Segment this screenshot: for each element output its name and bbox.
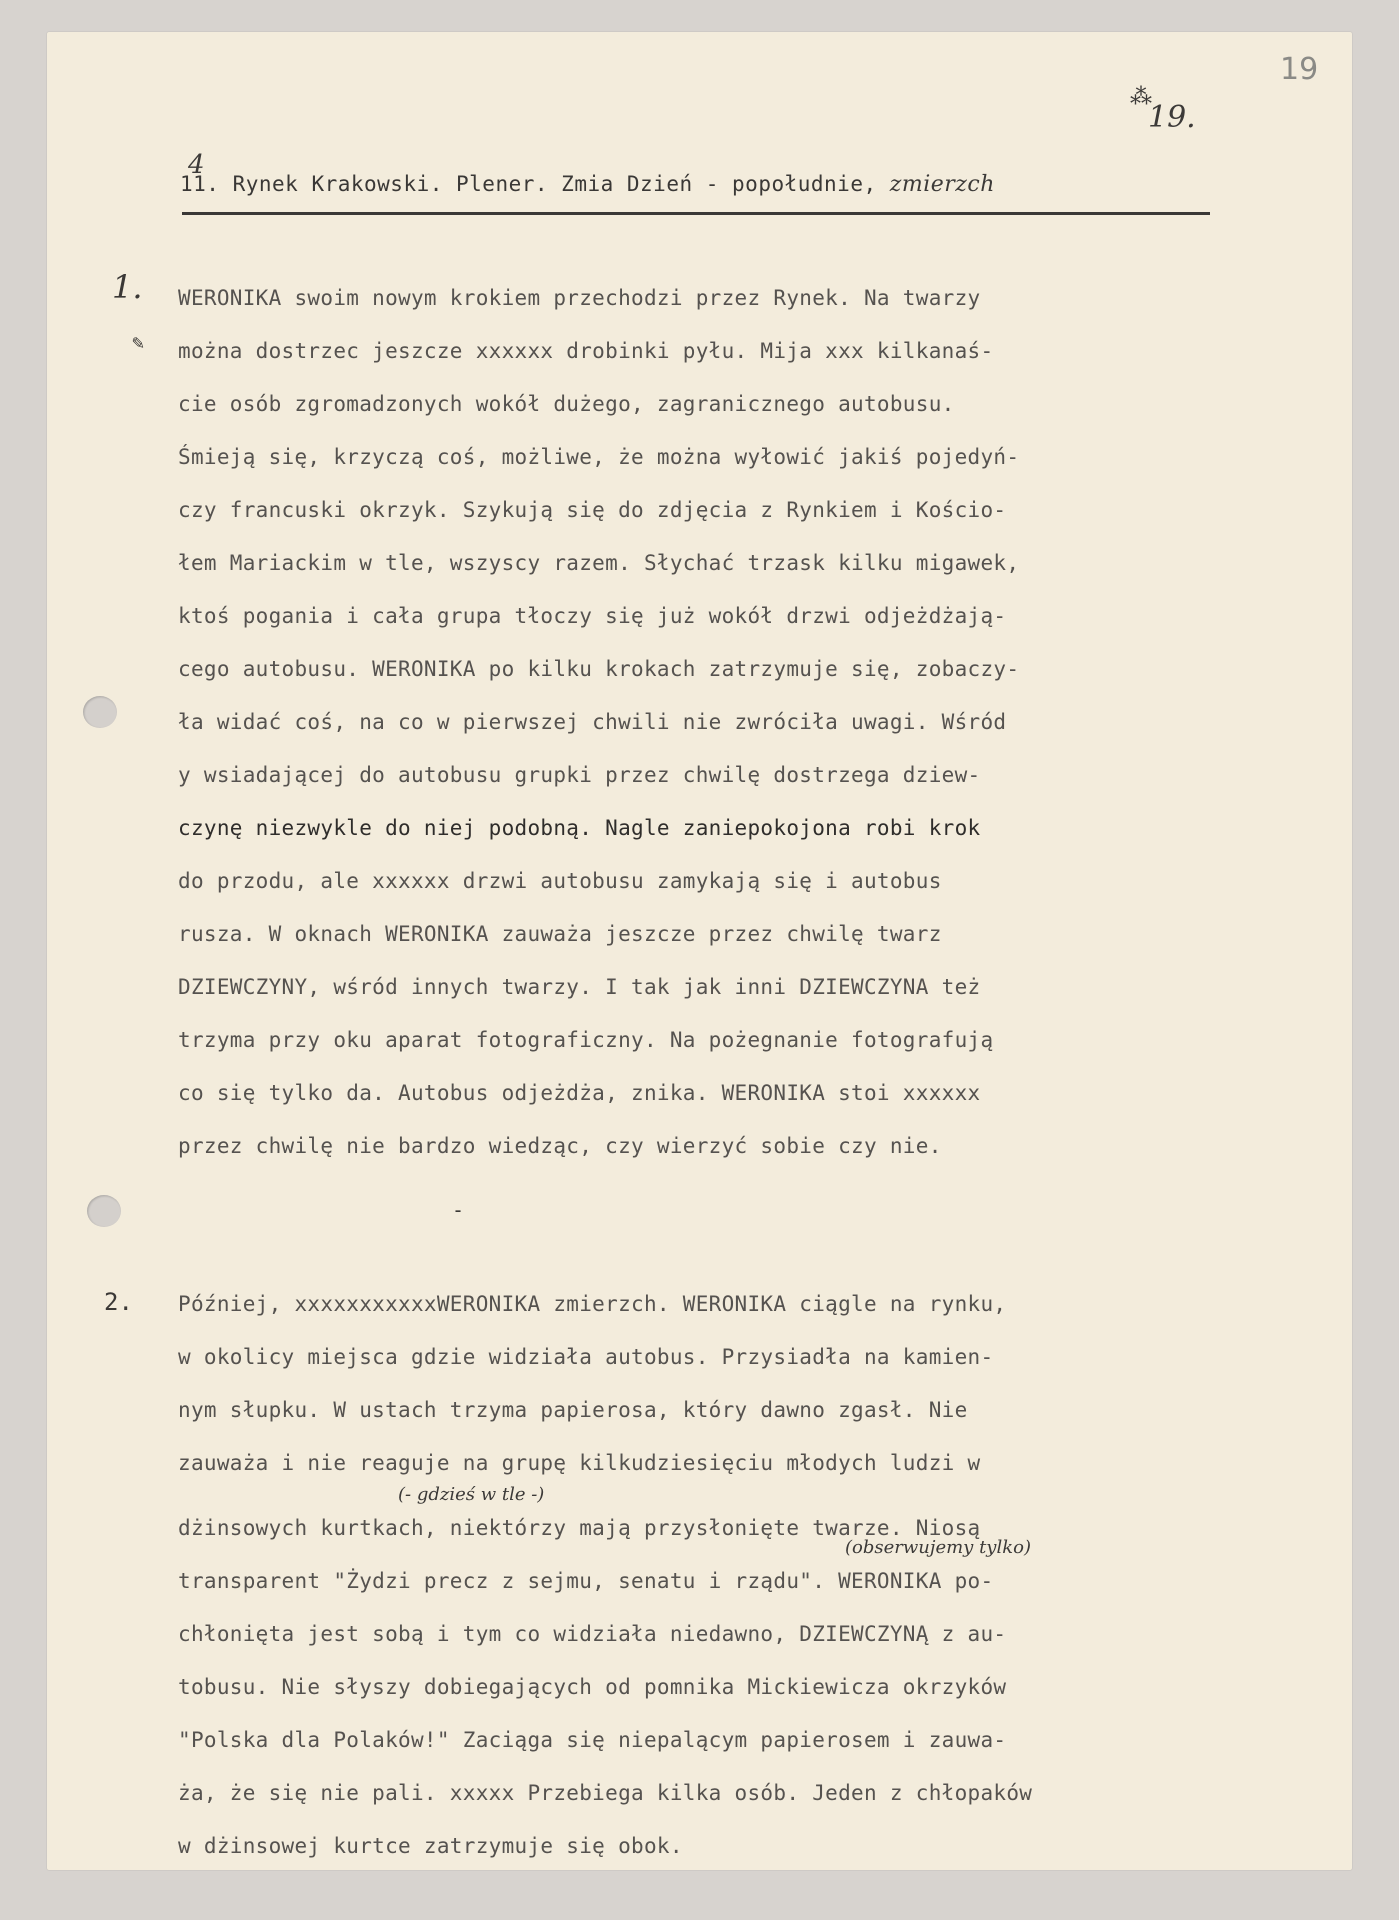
- p1-line-11: czynę niezwykle do niej podobną. Nagle z…: [178, 816, 980, 840]
- p1-line-8: cego autobusu. WERONIKA po kilku krokach…: [178, 657, 1019, 681]
- p2-line-10: ża, że się nie pali. xxxxx Przebiega kil…: [178, 1781, 1032, 1805]
- punch-hole-bottom: [87, 1195, 121, 1227]
- p2-line-11: w dżinsowej kurtce zatrzymuje się obok.: [178, 1834, 683, 1858]
- p1-line-2: można dostrzec jeszcze xxxxxx drobinki p…: [178, 339, 993, 363]
- scene-heading: 11. Rynek Krakowski. Plener. Zmia Dzień …: [180, 172, 995, 197]
- heading-underline: [182, 212, 1210, 215]
- p1-line-4: Śmieją się, krzyczą coś, możliwe, że moż…: [178, 445, 1019, 469]
- p1-line-5: czy francuski okrzyk. Szykują się do zdj…: [178, 498, 1006, 522]
- punch-hole-top: [83, 696, 117, 728]
- p2-line-6: transparent "Żydzi precz z sejmu, senatu…: [178, 1569, 993, 1593]
- p1-line-12: do przodu, ale xxxxxx drzwi autobusu zam…: [178, 869, 942, 893]
- p1-line-14: DZIEWCZYNY, wśród innych twarzy. I tak j…: [178, 975, 980, 999]
- paragraph-1-number: 1.: [112, 268, 143, 306]
- p1-line-10: y wsiadającej do autobusu grupki przez c…: [178, 763, 980, 787]
- p2-line-4: zauważa i nie reaguje na grupę kilkudzie…: [178, 1451, 980, 1475]
- scene-heading-text: Rynek Krakowski. Plener. Zmia Dzień - po…: [233, 172, 877, 196]
- p1-line-9: ła widać coś, na co w pierwszej chwili n…: [178, 710, 1006, 734]
- p2-line-2: w okolicy miejsca gdzie widziała autobus…: [178, 1345, 993, 1369]
- annotation-in-background: (- gdzieś w tle -): [398, 1484, 544, 1505]
- p1-line-16: co się tylko da. Autobus odjeżdża, znika…: [178, 1081, 980, 1105]
- p1-line-3: cie osób zgromadzonych wokół dużego, zag…: [178, 392, 955, 416]
- archive-page-number: 19: [1280, 52, 1318, 87]
- handwritten-zmierzch: zmierzch: [890, 172, 995, 197]
- p1-line-17: przez chwilę nie bardzo wiedząc, czy wie…: [178, 1134, 942, 1158]
- p1-line-15: trzyma przy oku aparat fotograficzny. Na…: [178, 1028, 993, 1052]
- p2-line-7: chłonięta jest sobą i tym co widziała ni…: [178, 1622, 1006, 1646]
- p1-line-13: rusza. W oknach WERONIKA zauważa jeszcze…: [178, 922, 942, 946]
- handwritten-scene-number: 4: [188, 150, 205, 180]
- annotation-only-observe: (obserwujemy tylko): [845, 1537, 1031, 1558]
- handwritten-page-number: 19.: [1148, 100, 1196, 135]
- p1-line-7: ktoś pogania i cała grupa tłoczy się już…: [178, 604, 1006, 628]
- p1-line-1: WERONIKA swoim nowym krokiem przechodzi …: [178, 286, 980, 310]
- p2-line-8: tobusu. Nie słyszy dobiegających od pomn…: [178, 1675, 1006, 1699]
- p2-line-3: nym słupku. W ustach trzyma papierosa, k…: [178, 1398, 968, 1422]
- margin-mark: ✎: [132, 330, 144, 354]
- p1-line-6: łem Mariackim w tle, wszyscy razem. Słyc…: [178, 551, 1019, 575]
- p2-line-9: "Polska dla Polaków!" Zaciąga się niepal…: [178, 1728, 1006, 1752]
- p2-line-1: Później, xxxxxxxxxxxWERONIKA zmierzch. W…: [178, 1292, 1006, 1316]
- paragraph-2-number: 2.: [104, 1288, 133, 1316]
- separator-mark: -: [452, 1198, 464, 1222]
